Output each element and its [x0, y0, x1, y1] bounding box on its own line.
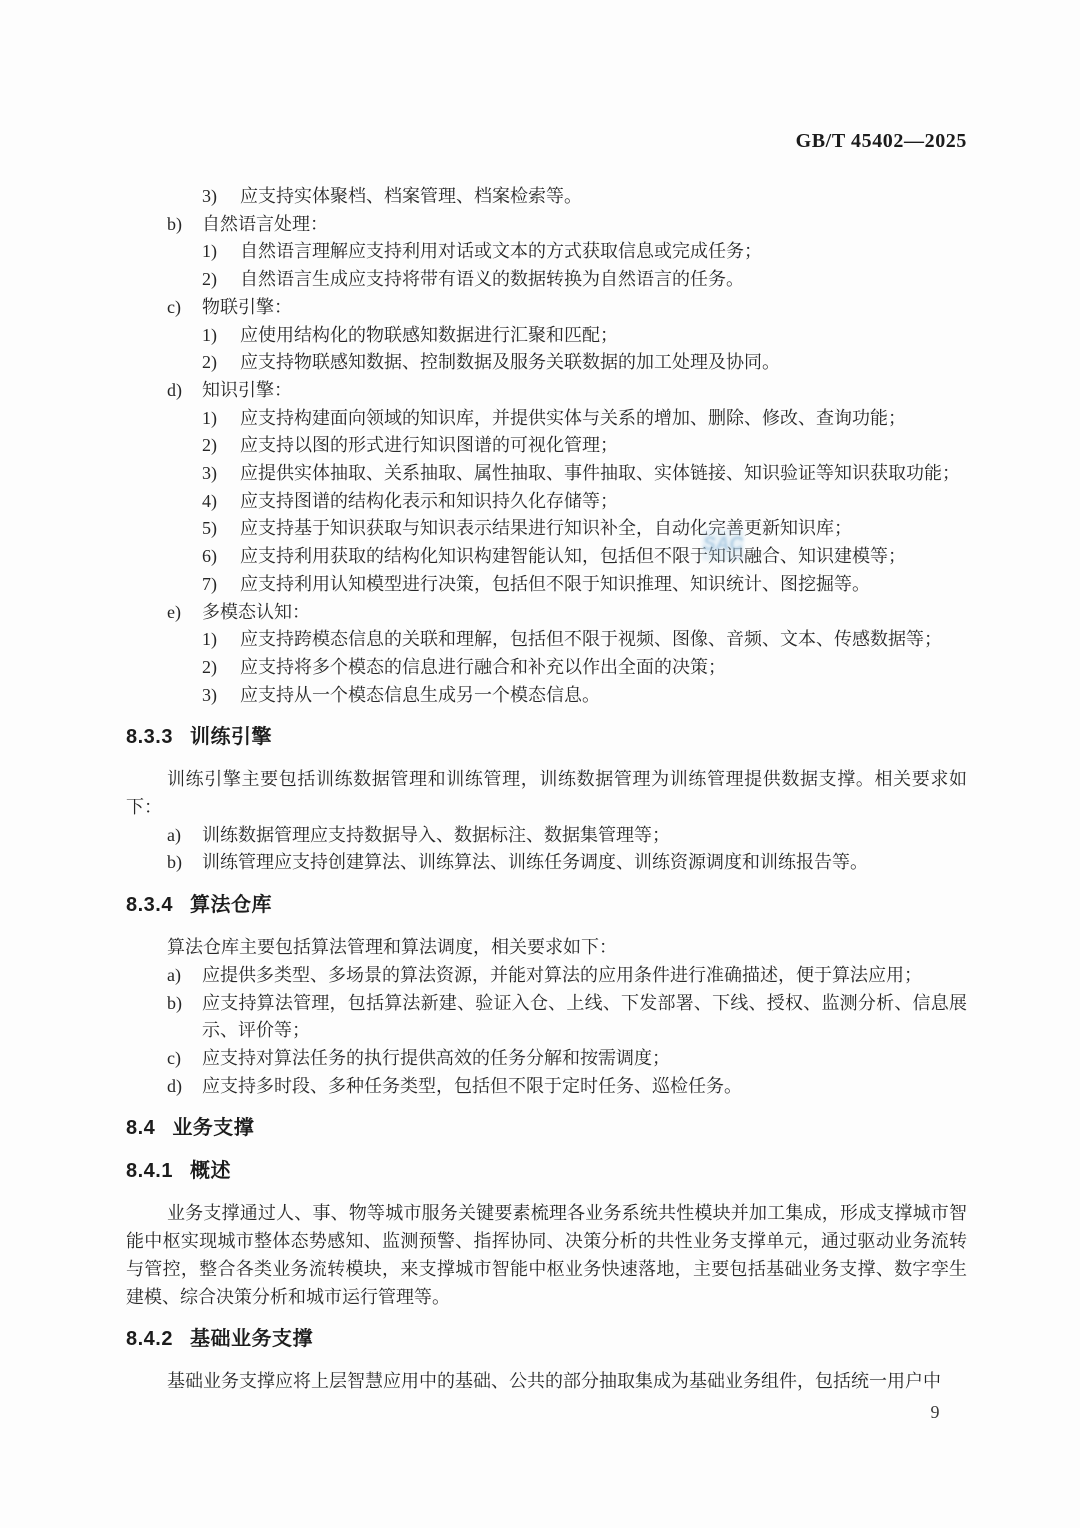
- list-item-marker: a): [167, 962, 202, 990]
- list-item: b)训练管理应支持创建算法、训练算法、训练任务调度、训练资源调度和训练报告等。: [126, 849, 967, 877]
- list-item-text: 应使用结构化的物联感知数据进行汇聚和匹配；: [240, 322, 967, 350]
- list-item-marker: 3): [202, 682, 240, 710]
- list-item-text: 物联引擎：: [202, 294, 967, 322]
- list-item-marker: 1): [202, 626, 240, 654]
- list-item: 1)应支持跨模态信息的关联和理解，包括但不限于视频、图像、音频、文本、传感数据等…: [126, 626, 967, 654]
- section-number: 8.4: [126, 1114, 155, 1142]
- section-title: 业务支撑: [172, 1114, 254, 1142]
- list-item-marker: 2): [202, 654, 240, 682]
- standard-number-header: GB/T 45402—2025: [126, 0, 967, 153]
- list-item-text: 应支持基于知识获取与知识表示结果进行知识补全，自动化完善更新知识库；: [240, 515, 967, 543]
- section-number: 8.4.2: [126, 1325, 173, 1353]
- section-heading-overview: 8.4.1概述: [126, 1157, 967, 1185]
- section-number: 8.3.4: [126, 891, 173, 919]
- list-item: c)应支持对算法任务的执行提供高效的任务分解和按需调度；: [126, 1045, 967, 1073]
- list-item-text: 应支持利用获取的结构化知识构建智能认知，包括但不限于知识融合、知识建模等；: [240, 543, 967, 571]
- list-item-marker: e): [167, 599, 202, 627]
- overview-paragraph: 业务支撑通过人、事、物等城市服务关键要素梳理各业务系统共性模块并加工集成，形成支…: [126, 1200, 967, 1311]
- section-title: 算法仓库: [190, 891, 272, 919]
- list-item-text: 自然语言处理：: [202, 211, 967, 239]
- list-item: 3)应提供实体抽取、关系抽取、属性抽取、事件抽取、实体链接、知识验证等知识获取功…: [126, 460, 967, 488]
- list-item-marker: b): [167, 990, 202, 1045]
- list-item-text: 应支持从一个模态信息生成另一个模态信息。: [240, 682, 967, 710]
- list-item-text: 知识引擎：: [202, 377, 967, 405]
- list-item-text: 应支持利用认知模型进行决策，包括但不限于知识推理、知识统计、图挖掘等。: [240, 571, 967, 599]
- list-item-marker: b): [167, 849, 202, 877]
- section-heading-training-engine: 8.3.3训练引擎: [126, 723, 967, 751]
- section-title: 训练引擎: [190, 723, 272, 751]
- list-item: a)训练数据管理应支持数据导入、数据标注、数据集管理等；: [126, 822, 967, 850]
- sac-watermark: SAC: [702, 529, 744, 561]
- list-item-marker: 1): [202, 405, 240, 433]
- list-item-text: 应支持以图的形式进行知识图谱的可视化管理；: [240, 432, 967, 460]
- document-page: GB/T 45402—2025 3)应支持实体聚档、档案管理、档案检索等。 b)…: [0, 0, 1080, 1528]
- list-item-text: 应支持算法管理，包括算法新建、验证入仓、上线、下发部署、下线、授权、监测分析、信…: [202, 990, 967, 1045]
- list-item: 3)应支持实体聚档、档案管理、档案检索等。: [126, 183, 967, 211]
- list-item: b)应支持算法管理，包括算法新建、验证入仓、上线、下发部署、下线、授权、监测分析…: [126, 990, 967, 1045]
- list-item: 5)应支持基于知识获取与知识表示结果进行知识补全，自动化完善更新知识库；: [126, 515, 967, 543]
- list-item-text: 应提供实体抽取、关系抽取、属性抽取、事件抽取、实体链接、知识验证等知识获取功能；: [240, 460, 967, 488]
- list-item-marker: a): [167, 822, 202, 850]
- list-item: 2)自然语言生成应支持将带有语义的数据转换为自然语言的任务。: [126, 266, 967, 294]
- training-engine-paragraph: 训练引擎主要包括训练数据管理和训练管理，训练数据管理为训练管理提供数据支撑。相关…: [126, 766, 967, 821]
- list-item-marker: 5): [202, 515, 240, 543]
- list-item-marker: 4): [202, 488, 240, 516]
- list-item-marker: d): [167, 1073, 202, 1101]
- section-heading-basic-business-support: 8.4.2基础业务支撑: [126, 1325, 967, 1353]
- list-item: 1)应支持构建面向领域的知识库，并提供实体与关系的增加、删除、修改、查询功能；: [126, 405, 967, 433]
- list-item-text: 应支持物联感知数据、控制数据及服务关联数据的加工处理及协同。: [240, 349, 967, 377]
- list-item-text: 应支持跨模态信息的关联和理解，包括但不限于视频、图像、音频、文本、传感数据等；: [240, 626, 967, 654]
- list-item-marker: 2): [202, 266, 240, 294]
- list-item-text: 自然语言理解应支持利用对话或文本的方式获取信息或完成任务；: [240, 238, 967, 266]
- list-item-marker: 2): [202, 432, 240, 460]
- section-number: 8.4.1: [126, 1157, 173, 1185]
- list-item-text: 应支持构建面向领域的知识库，并提供实体与关系的增加、删除、修改、查询功能；: [240, 405, 967, 433]
- list-item: d)知识引擎：: [126, 377, 967, 405]
- list-item-text: 多模态认知：: [202, 599, 967, 627]
- section-number: 8.3.3: [126, 723, 173, 751]
- list-item: 2)应支持物联感知数据、控制数据及服务关联数据的加工处理及协同。: [126, 349, 967, 377]
- list-item-marker: 2): [202, 349, 240, 377]
- list-item-text: 应提供多类型、多场景的算法资源，并能对算法的应用条件进行准确描述，便于算法应用；: [202, 962, 967, 990]
- list-item: e)多模态认知：: [126, 599, 967, 627]
- list-item-marker: 3): [202, 460, 240, 488]
- list-item-marker: 1): [202, 322, 240, 350]
- list-item-marker: d): [167, 377, 202, 405]
- section-heading-business-support: 8.4业务支撑: [126, 1114, 967, 1142]
- requirement-list-continued: 3)应支持实体聚档、档案管理、档案检索等。 b)自然语言处理： 1)自然语言理解…: [126, 183, 967, 709]
- list-item-marker: c): [167, 294, 202, 322]
- algorithm-repo-paragraph: 算法仓库主要包括算法管理和算法调度，相关要求如下：: [126, 934, 967, 962]
- algorithm-repo-list: a)应提供多类型、多场景的算法资源，并能对算法的应用条件进行准确描述，便于算法应…: [126, 962, 967, 1101]
- section-title: 基础业务支撑: [190, 1325, 313, 1353]
- list-item: 2)应支持以图的形式进行知识图谱的可视化管理；: [126, 432, 967, 460]
- list-item: b)自然语言处理：: [126, 211, 967, 239]
- list-item-text: 应支持实体聚档、档案管理、档案检索等。: [240, 183, 967, 211]
- list-item-text: 应支持对算法任务的执行提供高效的任务分解和按需调度；: [202, 1045, 967, 1073]
- page-number: 9: [918, 1402, 952, 1423]
- list-item-marker: b): [167, 211, 202, 239]
- list-item-text: 训练数据管理应支持数据导入、数据标注、数据集管理等；: [202, 822, 967, 850]
- list-item: 6)应支持利用获取的结构化知识构建智能认知，包括但不限于知识融合、知识建模等；: [126, 543, 967, 571]
- list-item-marker: 1): [202, 238, 240, 266]
- list-item: c)物联引擎：: [126, 294, 967, 322]
- list-item: 7)应支持利用认知模型进行决策，包括但不限于知识推理、知识统计、图挖掘等。: [126, 571, 967, 599]
- list-item-text: 训练管理应支持创建算法、训练算法、训练任务调度、训练资源调度和训练报告等。: [202, 849, 967, 877]
- list-item: 1)应使用结构化的物联感知数据进行汇聚和匹配；: [126, 322, 967, 350]
- list-item-marker: 7): [202, 571, 240, 599]
- list-item: 3)应支持从一个模态信息生成另一个模态信息。: [126, 682, 967, 710]
- list-item-marker: 3): [202, 183, 240, 211]
- list-item-text: 应支持图谱的结构化表示和知识持久化存储等；: [240, 488, 967, 516]
- list-item: 4)应支持图谱的结构化表示和知识持久化存储等；: [126, 488, 967, 516]
- list-item-text: 自然语言生成应支持将带有语义的数据转换为自然语言的任务。: [240, 266, 967, 294]
- list-item: 1)自然语言理解应支持利用对话或文本的方式获取信息或完成任务；: [126, 238, 967, 266]
- list-item: d)应支持多时段、多种任务类型，包括但不限于定时任务、巡检任务。: [126, 1073, 967, 1101]
- list-item: 2)应支持将多个模态的信息进行融合和补充以作出全面的决策；: [126, 654, 967, 682]
- section-heading-algorithm-repo: 8.3.4算法仓库: [126, 891, 967, 919]
- list-item-marker: c): [167, 1045, 202, 1073]
- list-item-text: 应支持将多个模态的信息进行融合和补充以作出全面的决策；: [240, 654, 967, 682]
- list-item-marker: 6): [202, 543, 240, 571]
- basic-business-support-paragraph: 基础业务支撑应将上层智慧应用中的基础、公共的部分抽取集成为基础业务组件，包括统一…: [126, 1368, 967, 1396]
- list-item: a)应提供多类型、多场景的算法资源，并能对算法的应用条件进行准确描述，便于算法应…: [126, 962, 967, 990]
- page-content: GB/T 45402—2025 3)应支持实体聚档、档案管理、档案检索等。 b)…: [126, 0, 967, 1396]
- training-engine-list: a)训练数据管理应支持数据导入、数据标注、数据集管理等； b)训练管理应支持创建…: [126, 822, 967, 877]
- section-title: 概述: [190, 1157, 231, 1185]
- list-item-text: 应支持多时段、多种任务类型，包括但不限于定时任务、巡检任务。: [202, 1073, 967, 1101]
